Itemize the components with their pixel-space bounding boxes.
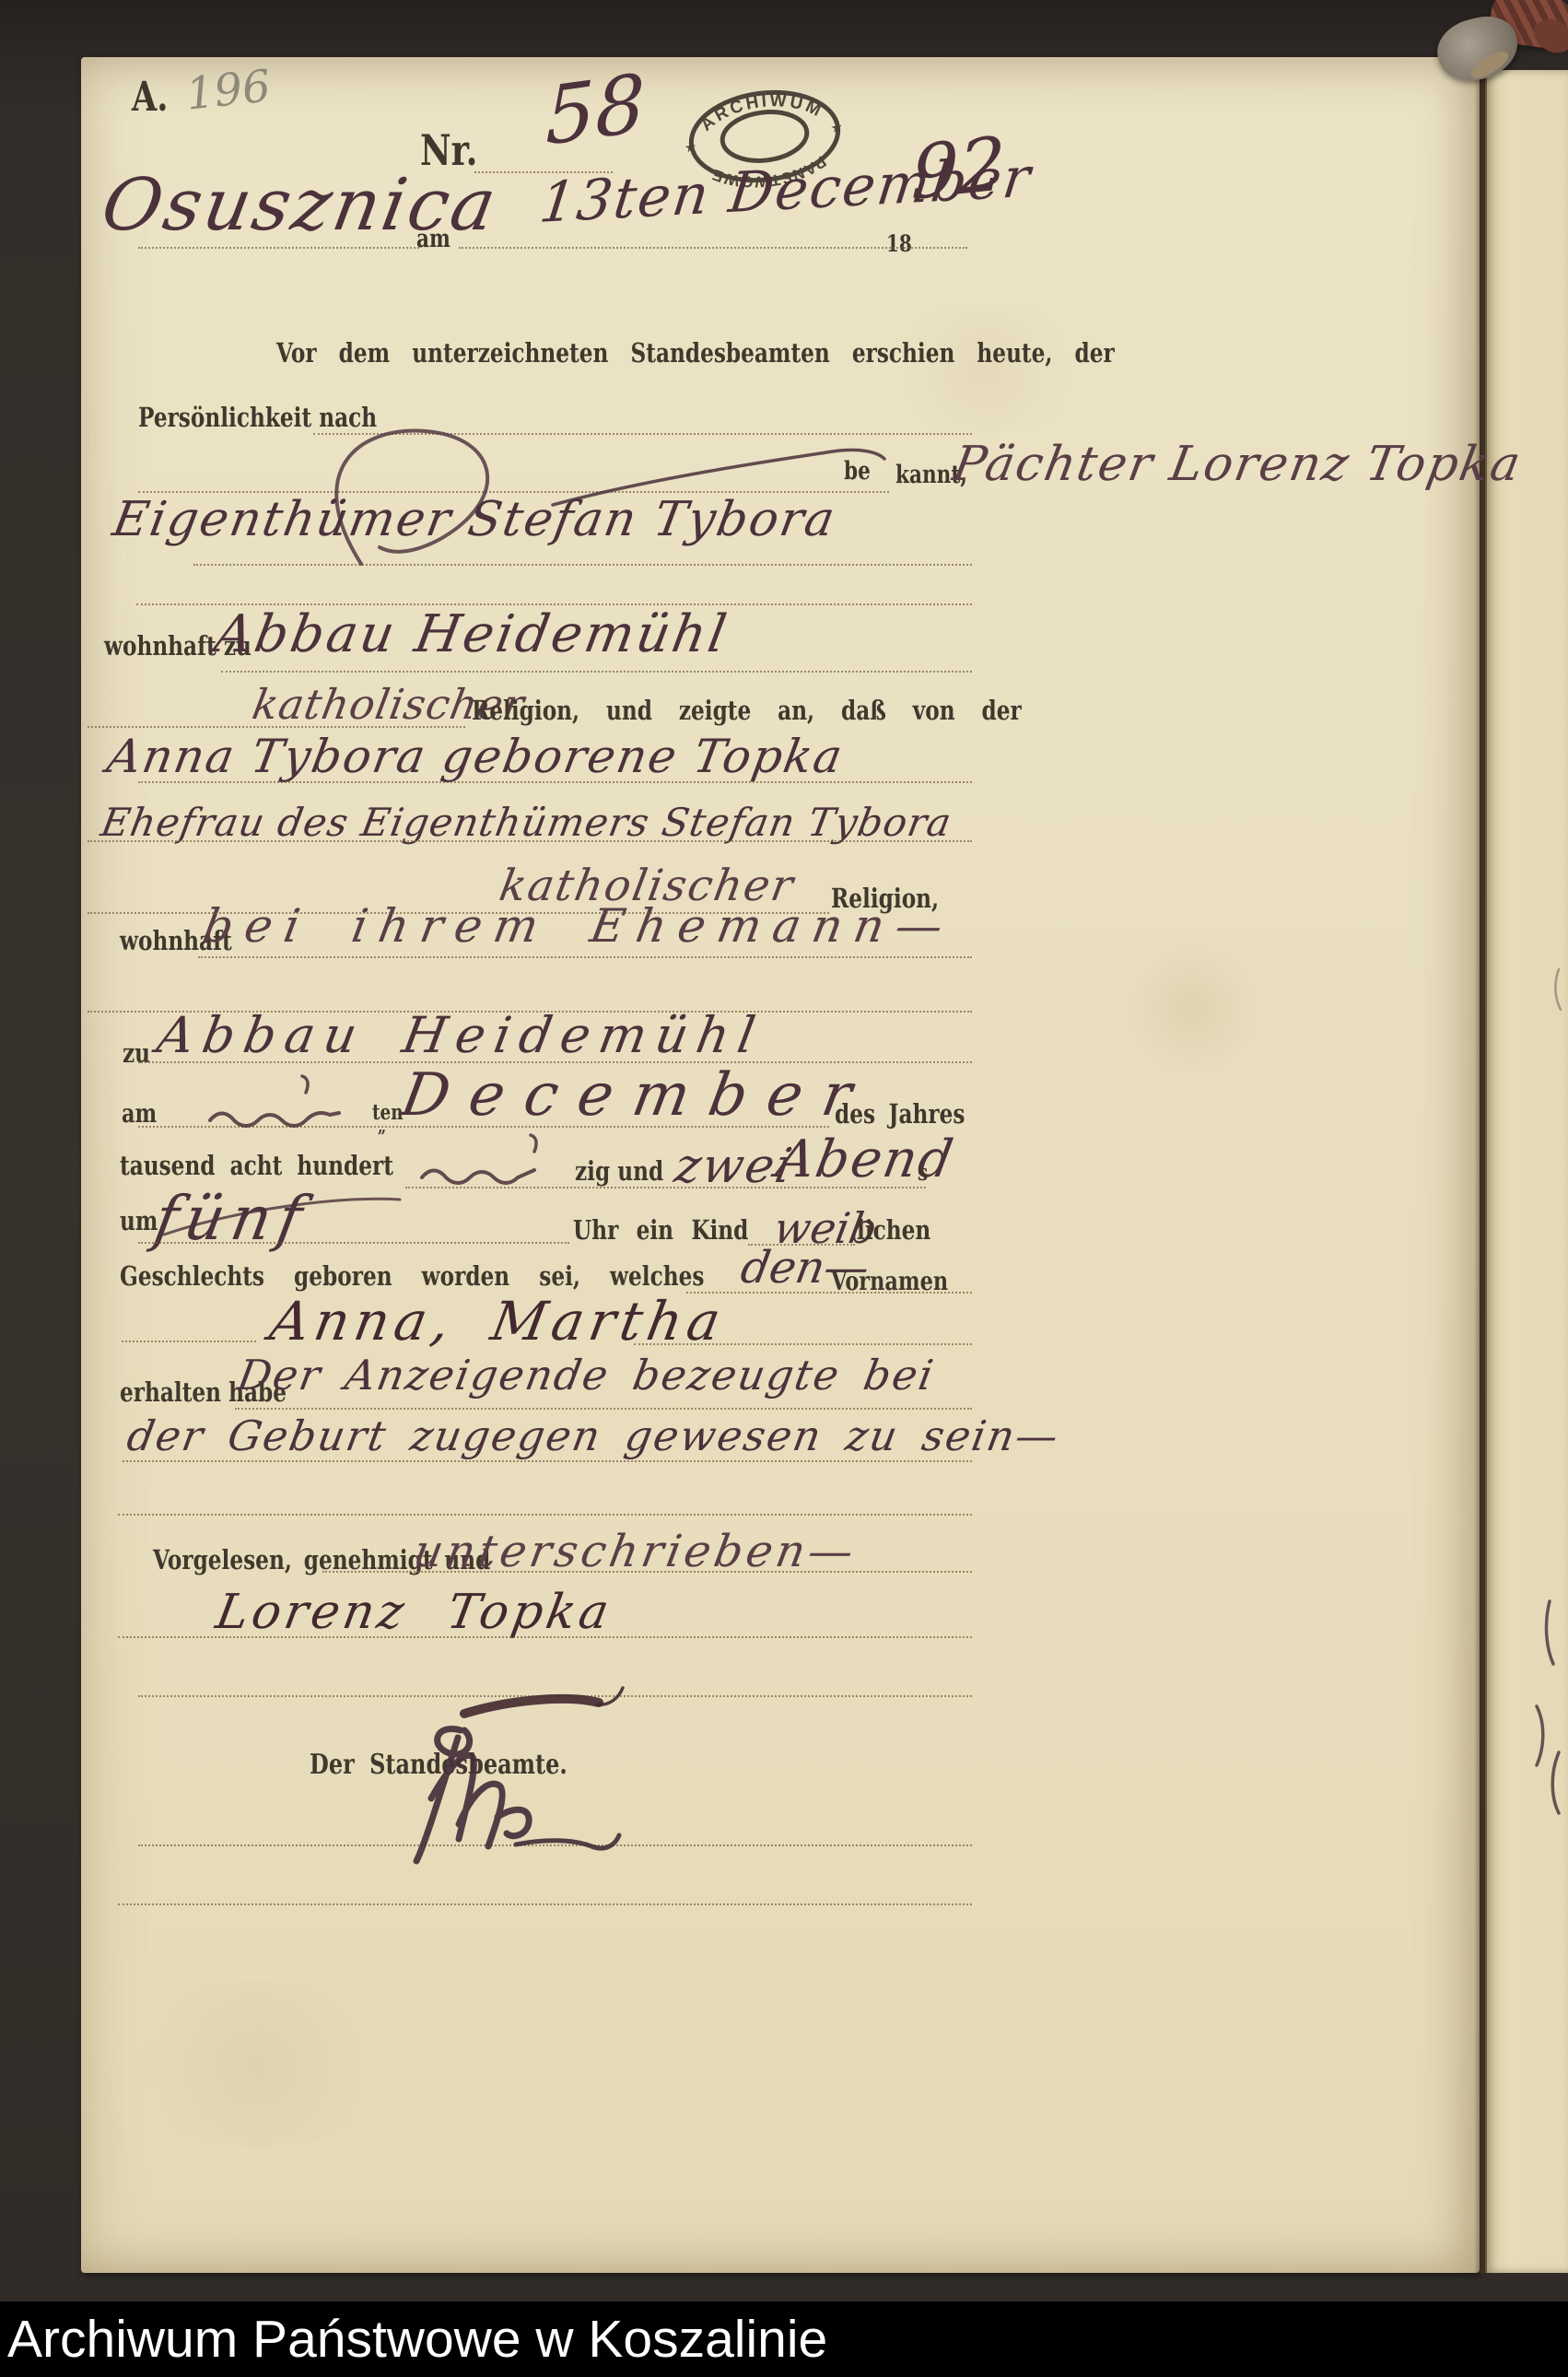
des-jahres-label: des Jahres <box>835 1098 965 1130</box>
witness-line2-handwritten: der Geburt zugegen gewesen zu sein— <box>123 1411 1063 1460</box>
intro-line-1: Vor dem unterzeichneten Standesbeamten e… <box>276 337 1115 369</box>
dotted-line <box>138 1695 972 1697</box>
am2-label: am <box>122 1098 157 1129</box>
dotted-line <box>322 1571 972 1573</box>
series-letter: A. <box>132 74 169 121</box>
archive-name-label: Archiwum Państwowe w Koszalinie <box>7 2309 827 2370</box>
dotted-line <box>118 1636 972 1638</box>
dotted-line <box>138 1061 972 1063</box>
s-suffix: s <box>918 1159 928 1186</box>
declarant-signature: Lorenz Topka <box>212 1585 616 1640</box>
dotted-line <box>138 247 419 249</box>
record-number-value: 58 <box>545 57 645 164</box>
stamp-star-right: ★ <box>829 119 844 137</box>
intro-line-2: Persönlichkeit nach <box>138 402 377 433</box>
lichen-suffix: lichen <box>857 1214 930 1246</box>
dotted-line <box>88 840 972 842</box>
residence-handwritten: Abbau Heidemühl <box>210 604 733 664</box>
residence2-handwritten: bei ihrem Ehemann— <box>199 899 959 953</box>
dotted-line <box>138 1242 569 1244</box>
next-page-edge <box>1485 70 1568 2273</box>
month-handwritten: December <box>396 1061 877 1130</box>
identified-by-handwritten: Pächter Lorenz Topka <box>949 437 1527 492</box>
uhr-ein-kind-label: Uhr ein Kind <box>573 1214 748 1246</box>
zig-und-label: zig und <box>575 1155 663 1187</box>
dotted-line <box>313 433 972 435</box>
birthplace-handwritten: Abbau Heidemühl <box>153 1006 768 1064</box>
unterschrieben-handwritten: unterschrieben— <box>410 1526 861 1577</box>
dotted-line <box>748 1244 855 1246</box>
dotted-line <box>198 956 972 958</box>
dotted-line <box>138 781 972 783</box>
dotted-line <box>88 726 465 728</box>
religion1-label: Religion, und zeigte an, daß von der <box>472 695 1022 726</box>
registrar-label: Der Standesbeamte. <box>310 1749 568 1781</box>
dotted-line <box>88 1011 972 1013</box>
dotted-line <box>118 1514 972 1516</box>
dotted-line <box>474 171 613 173</box>
dotted-line <box>122 1341 256 1342</box>
dotted-line <box>221 671 972 673</box>
century-printed: 18 <box>886 230 912 257</box>
stamp-star-left: ★ <box>684 138 698 157</box>
dotted-line <box>118 1903 972 1905</box>
dotted-line <box>138 1126 829 1128</box>
bekannt-prefix: be <box>844 457 871 486</box>
dotted-line <box>138 1844 972 1846</box>
archive-scan-viewer: A. 196 Nr. 58 ARCHIWUM PAŃSTWOWE ★ ★ Osu… <box>0 0 1568 2377</box>
zu-label: zu <box>123 1037 150 1069</box>
mother-handwritten: Anna Tybora geborene Topka <box>103 730 848 783</box>
am-label: am <box>416 225 451 253</box>
dotted-line <box>123 1460 972 1462</box>
dotted-line <box>405 1187 926 1188</box>
declarant-handwritten: Eigenthümer Stefan Tybora <box>109 492 840 547</box>
dotted-line <box>235 1408 972 1410</box>
witness-line1-handwritten: Der Anzeigende bezeugte bei <box>234 1351 939 1399</box>
geschlechts-label: Geschlechts geboren worden sei, welches <box>120 1260 704 1292</box>
dotted-line <box>459 247 967 249</box>
dotted-line <box>138 491 889 493</box>
archive-footer-bar: Archiwum Państwowe w Koszalinie <box>0 2301 1568 2377</box>
dotted-line <box>88 912 829 914</box>
dotted-line <box>686 1292 972 1294</box>
pencil-page-number: 196 <box>183 60 273 120</box>
mother-line2-handwritten: Ehefrau des Eigenthümers Stefan Tybora <box>98 800 955 845</box>
dotted-line <box>634 1343 972 1345</box>
page-fold <box>1474 57 1487 2273</box>
dotted-line <box>136 603 972 605</box>
time-of-day-handwritten: Abend <box>772 1130 959 1189</box>
tausend-label: tausend acht hundert <box>120 1150 393 1181</box>
dotted-line <box>193 564 972 566</box>
year-handwritten: 92 <box>910 121 1007 217</box>
